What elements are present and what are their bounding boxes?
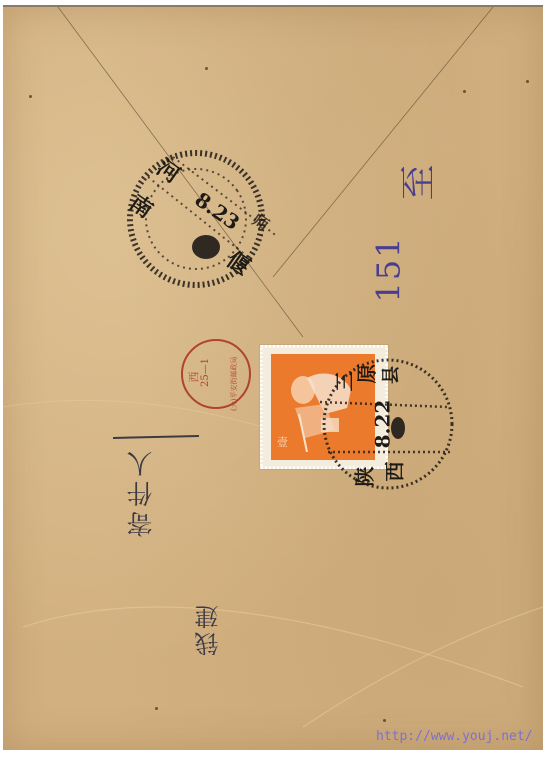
handwritten-note-number: 151 [370, 235, 408, 302]
postmark-char: 县 [377, 366, 403, 384]
handwritten-underline [111, 435, 201, 441]
paper-speck [463, 90, 466, 93]
watermark-url: http://www.youj.net/ [376, 729, 533, 744]
envelope-back: 河 南 偃 师 8.23 至 151 西 25—1 (大)平安街邮政局 壹 [3, 5, 543, 750]
postmark-char: 原 [351, 364, 380, 384]
stamp-value: 壹 [277, 434, 288, 450]
paper-speck [526, 80, 529, 83]
paper-speck [155, 707, 158, 710]
paper-speck [29, 95, 32, 98]
postmark-char: 陕 [349, 467, 378, 487]
paper-speck [383, 719, 386, 722]
handwritten-note-char: 至 [391, 164, 442, 200]
postmark-date: 8.22 [370, 400, 394, 449]
postmark-char: 西 [379, 462, 408, 482]
handwritten-sender-label: 寄件人 [123, 447, 163, 537]
red-receiving-postmark: 西 25—1 (大)平安街邮政局 [181, 339, 251, 409]
handwritten-sender-name: 钱建 [191, 602, 231, 656]
red-pm-office: (大)平安街邮政局 [229, 357, 239, 411]
red-pm-date: 25—1 [200, 358, 211, 387]
paper-speck [205, 67, 208, 70]
